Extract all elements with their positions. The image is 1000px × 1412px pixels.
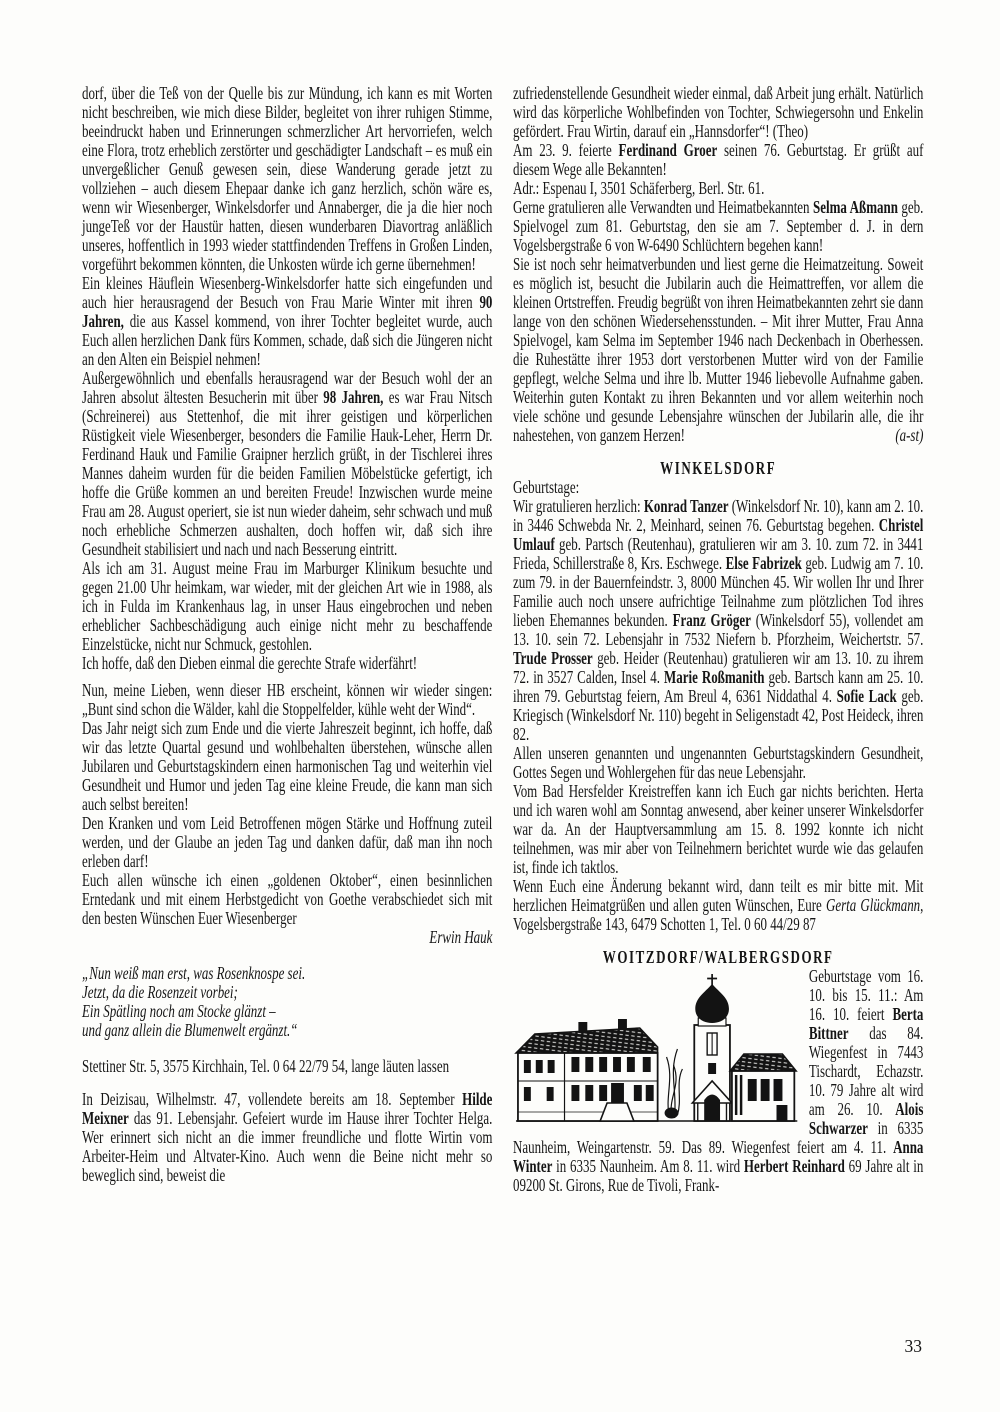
text-run: Am 23. 9. feierte	[513, 140, 619, 160]
text-run: zufriedenstellende Gesundheit wieder ein…	[513, 83, 923, 141]
person-name: Trude Prosser	[513, 648, 593, 668]
person-name: Selma Aßmann	[813, 197, 898, 217]
paragraph-selma-assmann: Gerne gratulieren alle Verwandten und He…	[513, 198, 923, 255]
onion-dome	[695, 984, 729, 1023]
village-church-illustration	[513, 971, 800, 1131]
page-number: 33	[862, 1336, 922, 1357]
church	[692, 974, 796, 1121]
text-run: In Deizisau, Wilhelmstr. 47, vollendete …	[82, 1089, 462, 1109]
paragraph-hilde-meixner: In Deizisau, Wilhelmstr. 47, vollendete …	[82, 1090, 492, 1185]
text-run: Ein kleines Häuflein Wiesenberg-Winkelsd…	[82, 273, 492, 312]
text-run: Das Jahr neigt sich zum Ende und die vie…	[82, 718, 492, 814]
text-run: (a-st)	[895, 426, 923, 445]
paragraph-kreistreffen: Vom Bad Hersfelder Kreistreffen kann ich…	[513, 782, 923, 877]
paragraph-adresse-kirchhain: Stettiner Str. 5, 3575 Kirchhain, Tel. 0…	[82, 1057, 492, 1076]
paragraph-woitzdorf-geburtstage: Geburtstage vom 16. 10. bis 15. 11.: Am …	[513, 967, 923, 1195]
text-run: Adr.: Espenau I, 3501 Schäferberg, Berl.…	[513, 178, 764, 198]
text-run: Allen unseren genannten und ungenannten …	[513, 743, 923, 782]
person-name: Marie Roßmanith	[664, 667, 764, 687]
text-run: Sie ist noch sehr heimatverbunden und li…	[513, 254, 923, 445]
paragraph-marie-winter: Ein kleines Häuflein Wiesenberg-Winkelsd…	[82, 274, 492, 369]
text-run: die aus Kassel kommend, von ihrer Tochte…	[82, 311, 492, 369]
left-column: dorf, über die Teß von der Quelle bis zu…	[82, 84, 492, 1185]
paragraph-herbstlied: Nun, meine Lieben, wenn dieser HB ersche…	[82, 681, 492, 719]
section-heading-woitzdorf: WOITZDORF/WALBERGSDORF	[513, 948, 923, 967]
italic-text-run: Gerta Glückmann	[826, 895, 920, 915]
paragraph-adresse-espenau: Adr.: Espenau I, 3501 Schäferberg, Berl.…	[513, 179, 923, 198]
paragraph-frau-nitsch: Außergewöhnlich und ebenfalls herausrage…	[82, 369, 492, 559]
text-run: Wir gratulieren herzlich:	[513, 496, 644, 516]
text-run: Euch allen wünsche ich einen „goldenen O…	[82, 870, 492, 928]
paragraph-ferdinand-groer: Am 23. 9. feierte Ferdinand Groer seinen…	[513, 141, 923, 179]
paragraph-geburtstage-label: Geburtstage:	[513, 478, 923, 497]
school-building	[516, 1019, 658, 1121]
text-run: WOITZDORF/WALBERGSDORF	[603, 947, 834, 967]
text-run: Ich hoffe, daß den Dieben einmal die ger…	[82, 653, 417, 673]
person-name: Else Fabrizek	[726, 553, 802, 573]
right-column-items: zufriedenstellende Gesundheit wieder ein…	[513, 84, 923, 967]
text-run: Gerne gratulieren alle Verwandten und He…	[513, 197, 813, 217]
section-heading-winkelsdorf: WINKELSDORF	[513, 459, 923, 478]
text-run: Als ich am 31. August meine Frau im Marb…	[82, 558, 492, 654]
text-run: „Nun weiß man erst, was Rosenknospe sei.…	[82, 963, 305, 1040]
person-name: Franz Gröger	[673, 610, 751, 630]
text-run: Geburtstage:	[513, 477, 579, 497]
text-run: Nun, meine Lieben, wenn dieser HB ersche…	[82, 680, 492, 719]
text-run: Erwin Hauk	[429, 927, 492, 947]
person-name: Konrad Tanzer	[644, 496, 729, 516]
paragraph-oktobergruss: Euch allen wünsche ich einen „goldenen O…	[82, 871, 492, 928]
person-name: Sofie Lack	[837, 686, 897, 706]
paragraph-einbruch: Als ich am 31. August meine Frau im Marb…	[82, 559, 492, 654]
paragraph-wirtin: zufriedenstellende Gesundheit wieder ein…	[513, 84, 923, 141]
text-run: Stettiner Str. 5, 3575 Kirchhain, Tel. 0…	[82, 1056, 449, 1076]
tree	[665, 1049, 683, 1119]
person-name: Ferdinand Groer	[619, 140, 718, 160]
paragraph-segenswunsch: Allen unseren genannten und ungenannten …	[513, 744, 923, 782]
text-run: Vom Bad Hersfelder Kreistreffen kann ich…	[513, 781, 923, 877]
text-run: es war Frau Nitsch (Schreinerei) aus Ste…	[82, 387, 492, 559]
text-run: in 6335 Naunheim. Am 8. 11. wird	[552, 1156, 744, 1176]
signature-erwin-hauk: Erwin Hauk	[82, 928, 492, 947]
text-run: das 91. Lebensjahr. Gefeiert wurde im Ha…	[82, 1108, 492, 1185]
page: dorf, über die Teß von der Quelle bis zu…	[0, 0, 1000, 1412]
paragraph-winkelsdorf-geburtstage: Wir gratulieren herzlich: Konrad Tanzer …	[513, 497, 923, 744]
paragraph-tess-slideshow: dorf, über die Teß von der Quelle bis zu…	[82, 84, 492, 274]
paragraph-kranke: Den Kranken und vom Leid Betroffenen mög…	[82, 814, 492, 871]
person-name: Herbert Reinhard	[744, 1156, 845, 1176]
text-run: Den Kranken und vom Leid Betroffenen mög…	[82, 813, 492, 871]
goethe-poem: „Nun weiß man erst, was Rosenknospe sei.…	[82, 964, 492, 1040]
text-run: dorf, über die Teß von der Quelle bis zu…	[82, 83, 492, 274]
paragraph-gerta-glueckmann: Wenn Euch eine Änderung bekannt wird, da…	[513, 877, 923, 934]
paragraph-jahresende: Das Jahr neigt sich zum Ende und die vie…	[82, 719, 492, 814]
right-column: zufriedenstellende Gesundheit wieder ein…	[513, 84, 923, 1195]
text-run: WINKELSDORF	[660, 458, 776, 478]
paragraph-strafe: Ich hoffe, daß den Dieben einmal die ger…	[82, 654, 492, 673]
person-name: 98 Jahren,	[323, 387, 383, 407]
paragraph-jubilarin: Sie ist noch sehr heimatverbunden und li…	[513, 255, 923, 445]
